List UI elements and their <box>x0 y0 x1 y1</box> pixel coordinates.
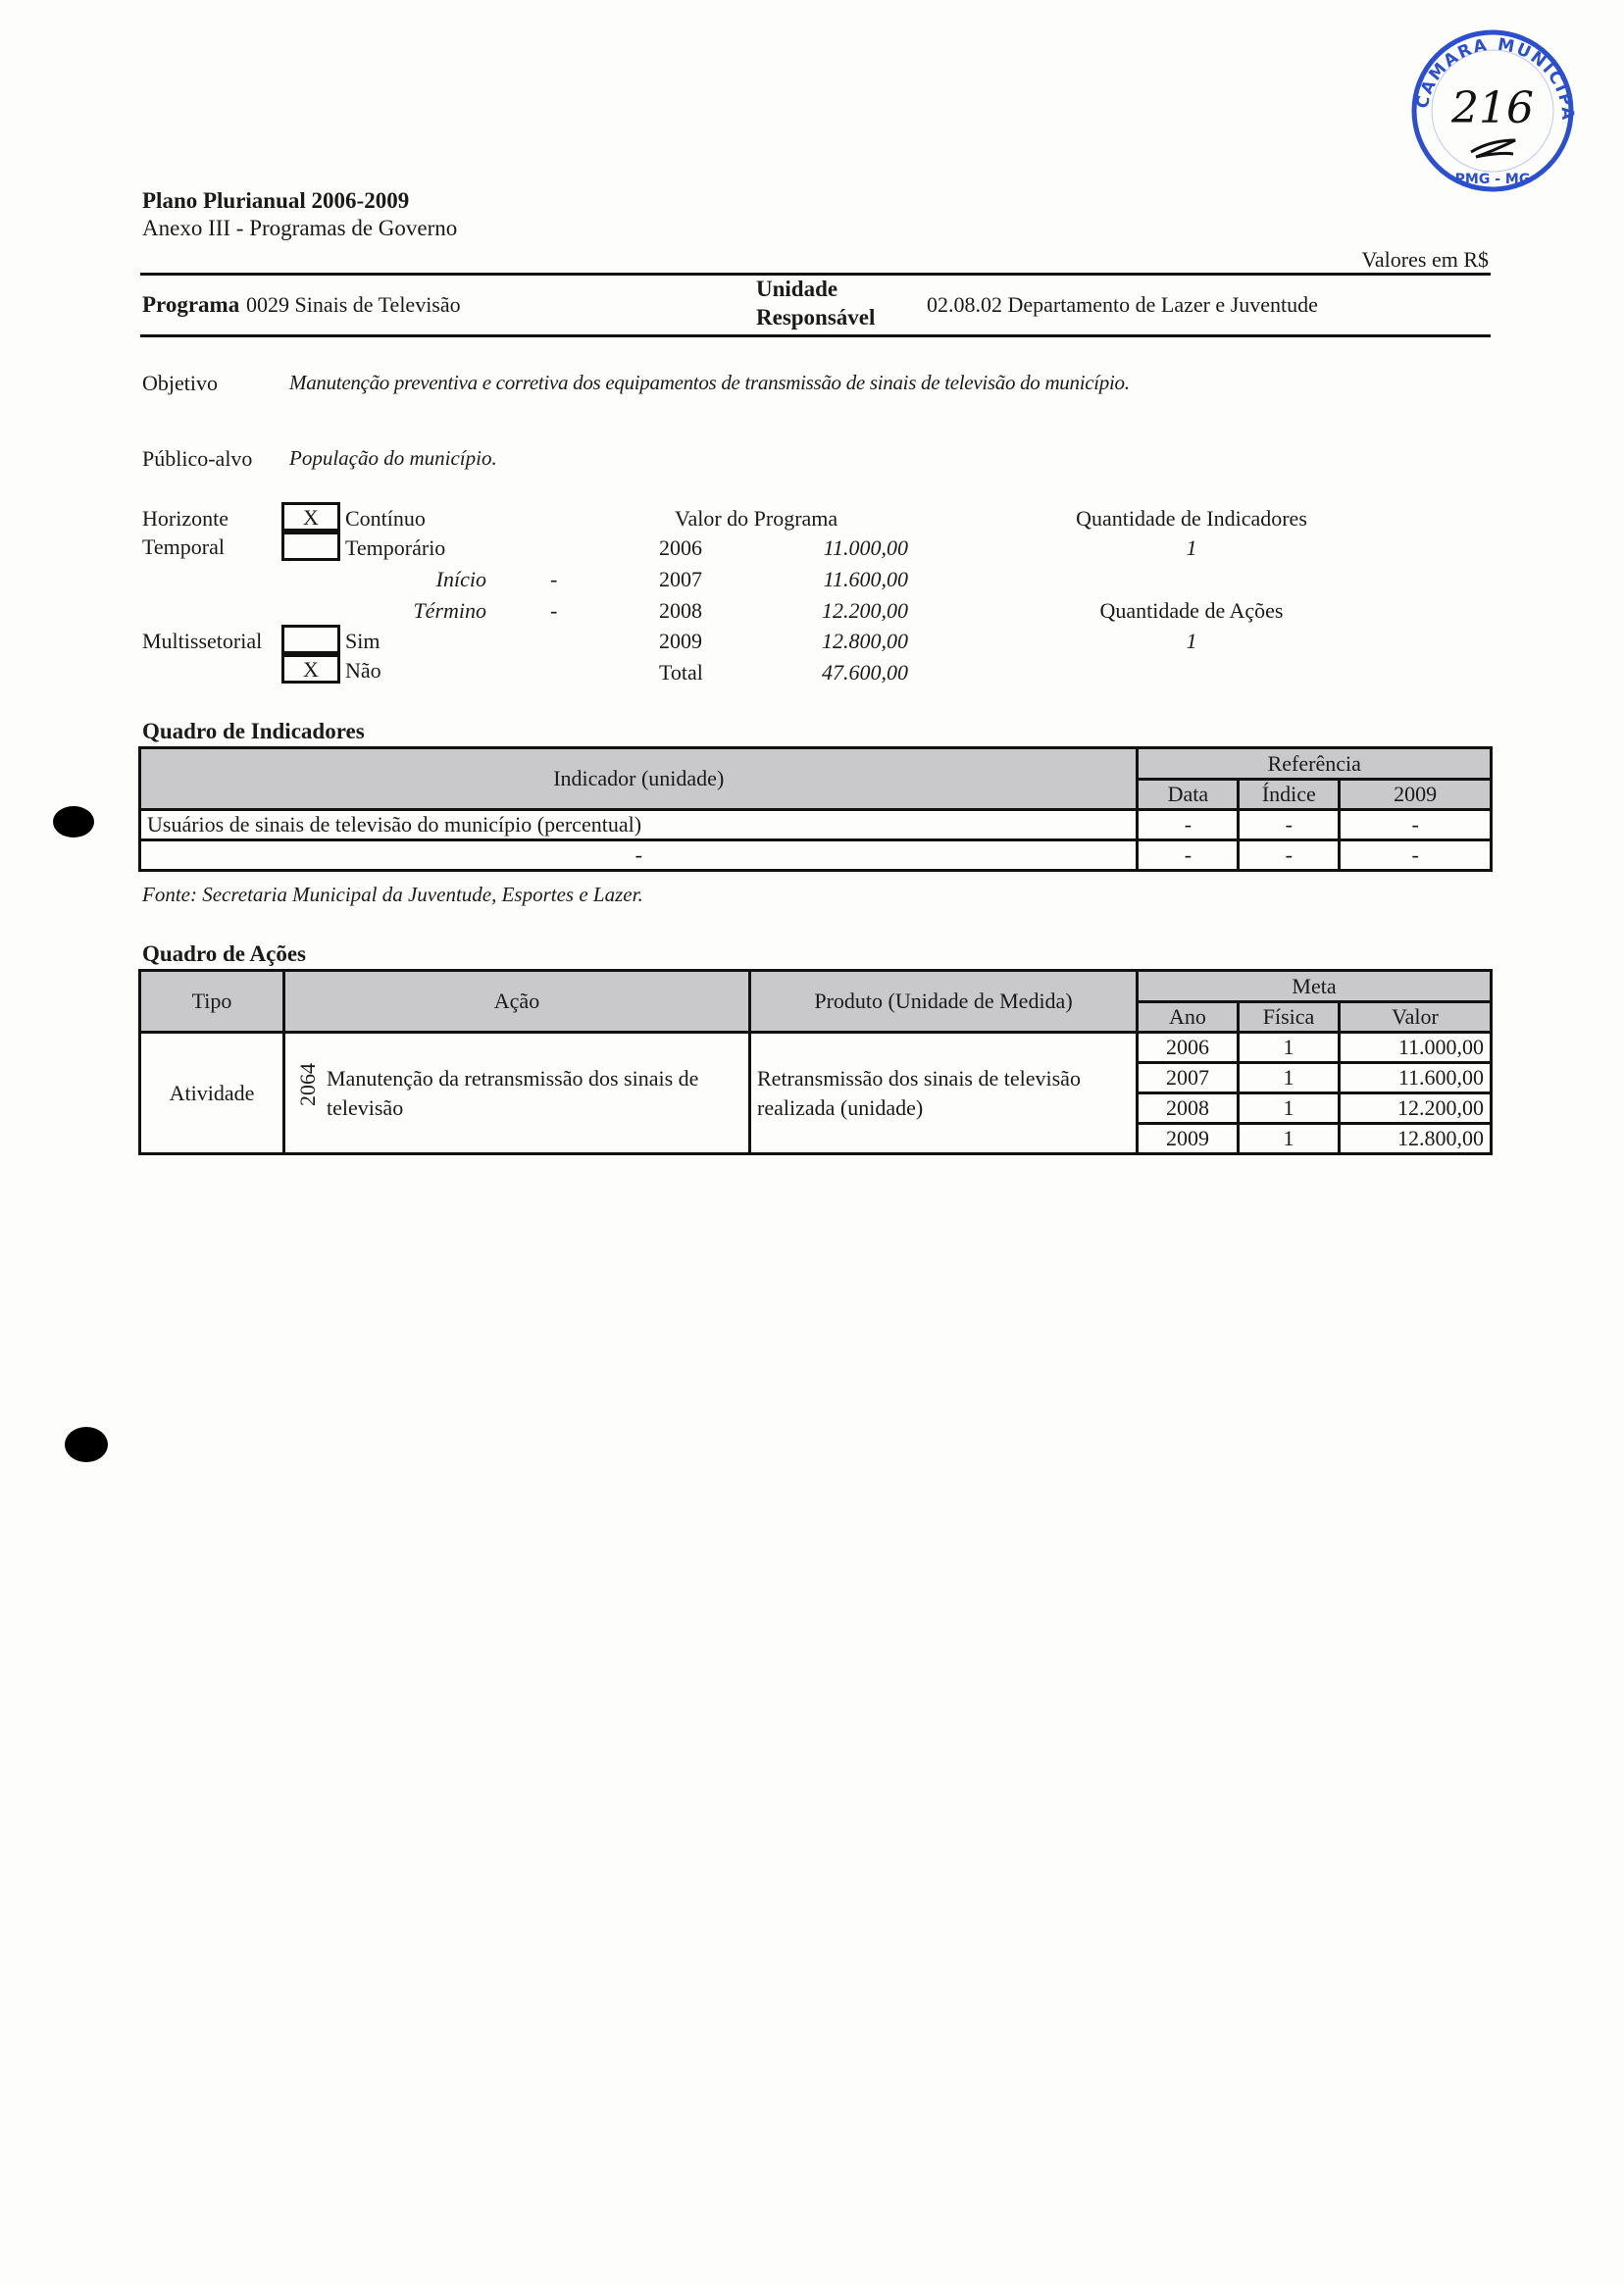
unidade-responsavel-value: 02.08.02 Departamento de Lazer e Juventu… <box>927 292 1318 318</box>
publico-alvo-label: Público-alvo <box>142 446 252 472</box>
ano-cell: 2008 <box>1138 1093 1239 1124</box>
tipo-cell: Atividade <box>140 1033 284 1154</box>
temporario-label: Temporário <box>345 535 445 561</box>
indicadores-source: Fonte: Secretaria Municipal da Juventude… <box>142 883 643 907</box>
stamp-page-number: 216 <box>1450 83 1534 133</box>
punch-hole <box>53 806 94 838</box>
referencia-header: Referência <box>1138 748 1492 780</box>
objetivo-label: Objetivo <box>142 371 218 396</box>
produto-header: Produto (Unidade de Medida) <box>750 971 1138 1033</box>
ano-cell: 2007 <box>1138 1063 1239 1093</box>
indice-cell: - <box>1239 810 1340 840</box>
data-header: Data <box>1138 780 1239 810</box>
valor-programa-title: Valor do Programa <box>675 506 837 532</box>
valor-cell: 11.000,00 <box>1340 1033 1492 1063</box>
valor-cell: 12.200,00 <box>1340 1093 1492 1124</box>
termino-label: Término <box>363 598 486 624</box>
valor-cell: 12.800,00 <box>1340 1124 1492 1154</box>
valor-amount: 11.000,00 <box>732 535 908 561</box>
qtd-acoes-label: Quantidade de Ações <box>1059 598 1324 624</box>
valor-cell: 11.600,00 <box>1340 1063 1492 1093</box>
fisica-header: Física <box>1239 1002 1340 1033</box>
quadro-acoes-title: Quadro de Ações <box>142 941 306 967</box>
sim-label: Sim <box>345 629 380 654</box>
indice-header: Índice <box>1239 780 1340 810</box>
objetivo-value: Manutenção preventiva e corretiva dos eq… <box>289 371 1130 395</box>
acao-code-cell: 2064 <box>284 1033 322 1154</box>
ano-header: Ano <box>1138 1002 1239 1033</box>
currency-note: Valores em R$ <box>1361 247 1489 273</box>
indicadores-table: Indicador (unidade) Referência Data Índi… <box>138 746 1493 872</box>
inicio-label: Início <box>392 567 486 592</box>
fisica-cell: 1 <box>1239 1093 1340 1124</box>
indicador-cell: Usuários de sinais de televisão do munic… <box>140 810 1138 840</box>
fisica-cell: 1 <box>1239 1124 1340 1154</box>
publico-alvo-value: População do município. <box>289 446 497 471</box>
valor-amount: 11.600,00 <box>732 567 908 592</box>
valor-total-label: Total <box>659 660 703 685</box>
data-cell: - <box>1138 840 1239 871</box>
valor-amount: 12.800,00 <box>732 629 908 654</box>
programa-value: 0029 Sinais de Televisão <box>246 292 461 318</box>
nao-label: Não <box>345 658 381 684</box>
acoes-table: Tipo Ação Produto (Unidade de Medida) Me… <box>138 969 1493 1155</box>
continuo-checkbox[interactable]: X <box>281 502 340 532</box>
table-row: - - - - <box>140 840 1492 871</box>
ano2009-header: 2009 <box>1340 780 1492 810</box>
qtd-indicadores-label: Quantidade de Indicadores <box>1059 506 1324 532</box>
valor-header: Valor <box>1340 1002 1492 1033</box>
punch-hole <box>65 1427 108 1462</box>
table-row: Usuários de sinais de televisão do munic… <box>140 810 1492 840</box>
horizonte-label: Horizonte <box>142 506 228 532</box>
fisica-cell: 1 <box>1239 1063 1340 1093</box>
nao-checkbox[interactable]: X <box>281 654 340 684</box>
sim-checkbox[interactable] <box>281 625 340 654</box>
meta-header: Meta <box>1138 971 1492 1002</box>
inicio-value: - <box>550 567 557 592</box>
programa-label: Programa <box>142 292 239 318</box>
data-cell: - <box>1138 810 1239 840</box>
qtd-acoes-value: 1 <box>1059 629 1324 654</box>
acao-code: 2064 <box>295 1081 321 1106</box>
termino-value: - <box>550 598 557 624</box>
ano2009-cell: - <box>1340 840 1492 871</box>
ano-cell: 2006 <box>1138 1033 1239 1063</box>
valor-year: 2009 <box>659 629 702 654</box>
valor-amount: 12.200,00 <box>732 598 908 624</box>
ano-cell: 2009 <box>1138 1124 1239 1154</box>
valor-year: 2008 <box>659 598 702 624</box>
indicador-cell: - <box>140 840 1138 871</box>
table-row: Atividade 2064 Manutenção da retransmiss… <box>140 1033 1492 1063</box>
fisica-cell: 1 <box>1239 1033 1340 1063</box>
temporal-label: Temporal <box>142 534 225 560</box>
produto-cell: Retransmissão dos sinais de televisão re… <box>750 1033 1138 1154</box>
ano2009-cell: - <box>1340 810 1492 840</box>
continuo-label: Contínuo <box>345 506 426 532</box>
valor-year: 2007 <box>659 567 702 592</box>
svg-text:PMG - MG: PMG - MG <box>1455 172 1531 187</box>
indicador-header: Indicador (unidade) <box>140 748 1138 810</box>
multissetorial-label: Multissetorial <box>142 629 262 654</box>
municipal-stamp: CÂMARA MUNICIPAL PMG - MG 216 <box>1397 25 1589 201</box>
unidade-responsavel-label: Unidade Responsável <box>756 275 875 331</box>
indice-cell: - <box>1239 840 1340 871</box>
quadro-indicadores-title: Quadro de Indicadores <box>142 719 365 744</box>
acao-header: Ação <box>284 971 750 1033</box>
tipo-header: Tipo <box>140 971 284 1033</box>
document-subtitle: Anexo III - Programas de Governo <box>142 216 457 241</box>
qtd-indicadores-value: 1 <box>1059 535 1324 561</box>
acao-cell: Manutenção da retransmissão dos sinais d… <box>321 1033 750 1154</box>
valor-year: 2006 <box>659 535 702 561</box>
valor-total-amount: 47.600,00 <box>732 660 908 685</box>
temporario-checkbox[interactable] <box>281 532 340 561</box>
document-title: Plano Plurianual 2006-2009 <box>142 188 409 214</box>
divider <box>140 334 1491 337</box>
